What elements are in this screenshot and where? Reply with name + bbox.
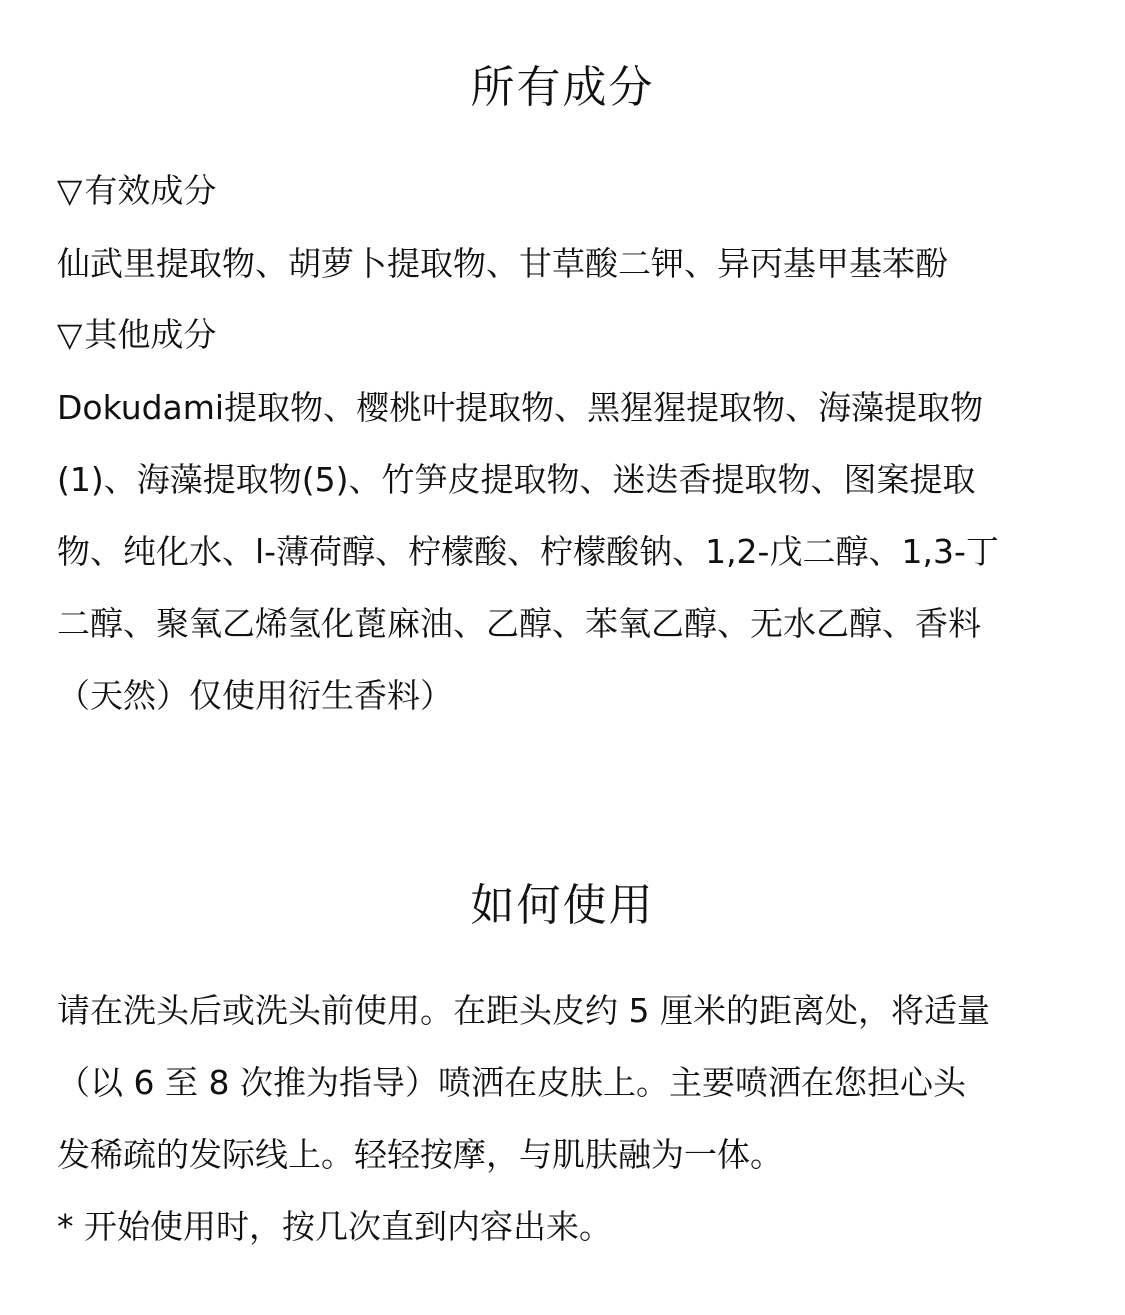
active-ingredients-text: 仙武里提取物、胡萝卜提取物、甘草酸二钾、异丙基甲基苯酚 [57, 247, 1072, 280]
active-ingredients-heading: ▽有效成分 [57, 174, 1072, 207]
product-info-page: 所有成分 ▽有效成分 仙武里提取物、胡萝卜提取物、甘草酸二钾、异丙基甲基苯酚 ▽… [0, 0, 1125, 1315]
usage-title: 如何使用 [0, 884, 1125, 928]
usage-line-1: 请在洗头后或洗头前使用。在距头皮约 5 厘米的距离处，将适量 [57, 994, 1072, 1027]
active-ingredients-label: 有效成分 [84, 171, 216, 210]
other-ingredients-heading: ▽其他成分 [57, 318, 1072, 351]
other-ingredients-line-3: 物、纯化水、l-薄荷醇、柠檬酸、柠檬酸钠、1,2-戊二醇、1,3-丁 [57, 535, 1072, 568]
usage-note: * 开始使用时，按几次直到内容出来。 [57, 1210, 1072, 1243]
other-ingredients-label: 其他成分 [84, 315, 216, 354]
triangle-down-icon: ▽ [57, 174, 82, 207]
other-ingredients-line-5: （天然）仅使用衍生香料） [57, 679, 1072, 712]
other-ingredients-line-4: 二醇、聚氧乙烯氢化蓖麻油、乙醇、苯氧乙醇、无水乙醇、香料 [57, 607, 1072, 640]
triangle-down-icon: ▽ [57, 318, 82, 351]
ingredients-title: 所有成分 [0, 66, 1125, 110]
usage-line-2: （以 6 至 8 次推为指导）喷洒在皮肤上。主要喷洒在您担心头 [57, 1066, 1072, 1099]
other-ingredients-line-1: Dokudami提取物、樱桃叶提取物、黑猩猩提取物、海藻提取物 [57, 391, 1072, 424]
usage-line-3: 发稀疏的发际线上。轻轻按摩，与肌肤融为一体。 [57, 1138, 1072, 1171]
other-ingredients-line-2: (1)、海藻提取物(5)、竹笋皮提取物、迷迭香提取物、图案提取 [57, 463, 1072, 496]
